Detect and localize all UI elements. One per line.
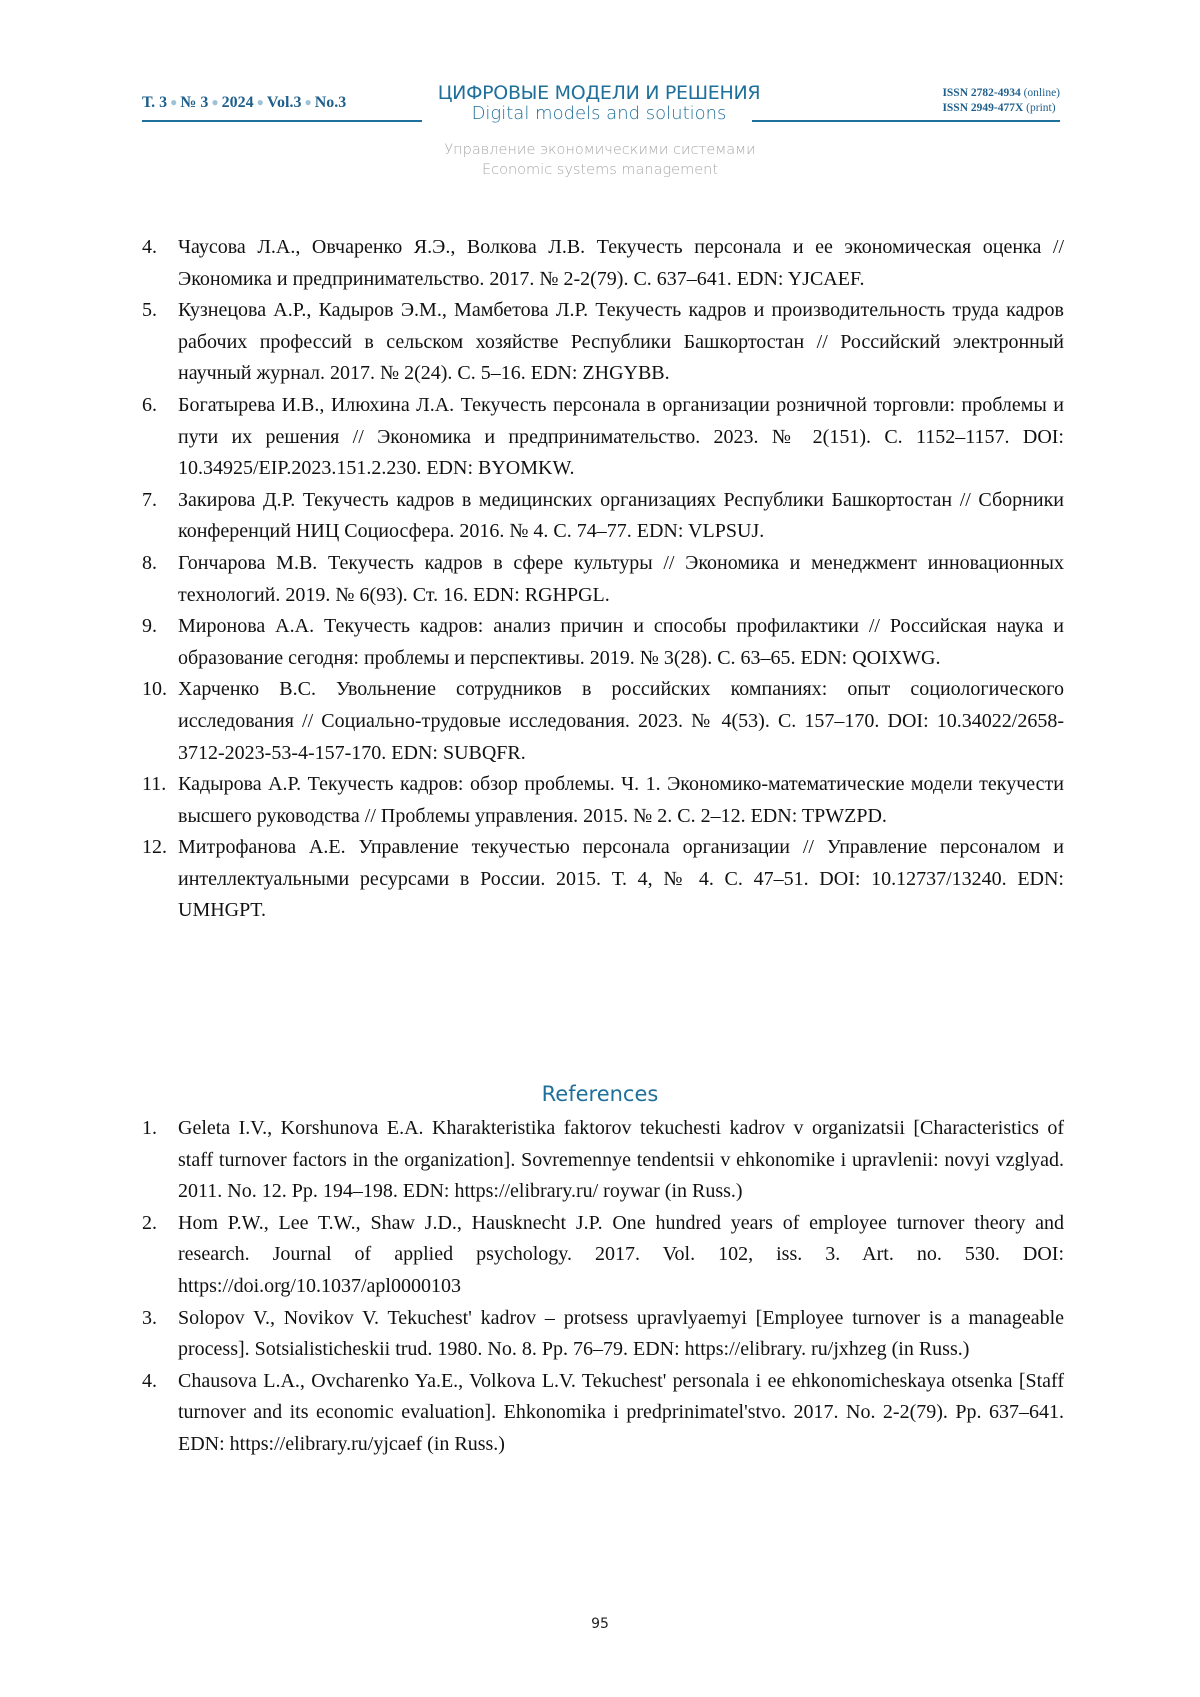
separator-dot-icon: ● — [170, 95, 177, 109]
reference-number: 10. — [142, 674, 178, 769]
reference-number: 4. — [142, 232, 178, 295]
reference-item: 7.Закирова Д.Р. Текучесть кадров в медиц… — [142, 485, 1064, 548]
reference-number: 9. — [142, 611, 178, 674]
reference-text: Гончарова М.В. Текучесть кадров в сфере … — [178, 548, 1064, 611]
reference-number: 8. — [142, 548, 178, 611]
english-reference-list: 1.Geleta I.V., Korshunova E.A. Kharakter… — [142, 1113, 1064, 1461]
reference-item: 6.Богатырева И.В., Илюхина Л.А. Текучест… — [142, 390, 1064, 485]
references-heading: References — [0, 1082, 1200, 1106]
reference-text: Кузнецова А.Р., Кадыров Э.М., Мамбетова … — [178, 295, 1064, 390]
reference-item: 4.Чаусова Л.А., Овчаренко Я.Э., Волкова … — [142, 232, 1064, 295]
issn-block: ISSN 2782-4934 (online) ISSN 2949-477X (… — [942, 86, 1060, 116]
page-header: Т. 3●№ 3●2024●Vol.3●No.3 ЦИФРОВЫЕ МОДЕЛИ… — [142, 82, 1060, 126]
page-number: 95 — [0, 1616, 1200, 1632]
issn-online: ISSN 2782-4934 — [942, 87, 1020, 99]
reference-item: 8.Гончарова М.В. Текучесть кадров в сфер… — [142, 548, 1064, 611]
separator-dot-icon: ● — [257, 95, 264, 109]
section-title: Управление экономическими системами Econ… — [0, 140, 1200, 180]
reference-item: 3.Solopov V., Novikov V. Tekuchest' kadr… — [142, 1303, 1064, 1366]
section-title-ru: Управление экономическими системами — [0, 140, 1200, 160]
reference-number: 2. — [142, 1208, 178, 1303]
reference-text: Закирова Д.Р. Текучесть кадров в медицин… — [178, 485, 1064, 548]
header-rule-left — [142, 120, 422, 122]
volume-ru: Т. 3 — [142, 94, 167, 111]
section-title-en: Economic systems management — [0, 160, 1200, 180]
reference-item: 11.Кадырова А.Р. Текучесть кадров: обзор… — [142, 769, 1064, 832]
issue-ru: № 3 — [180, 94, 208, 111]
reference-item: 2.Hom P.W., Lee T.W., Shaw J.D., Hauskne… — [142, 1208, 1064, 1303]
reference-number: 5. — [142, 295, 178, 390]
separator-dot-icon: ● — [211, 95, 218, 109]
journal-title-ru: ЦИФРОВЫЕ МОДЕЛИ И РЕШЕНИЯ — [414, 82, 784, 104]
reference-number: 6. — [142, 390, 178, 485]
reference-item: 9.Миронова А.А. Текучесть кадров: анализ… — [142, 611, 1064, 674]
separator-dot-icon: ● — [304, 95, 311, 109]
year: 2024 — [222, 94, 254, 111]
reference-item: 1.Geleta I.V., Korshunova E.A. Kharakter… — [142, 1113, 1064, 1208]
journal-title: ЦИФРОВЫЕ МОДЕЛИ И РЕШЕНИЯ Digital models… — [414, 82, 784, 124]
reference-text: Миронова А.А. Текучесть кадров: анализ п… — [178, 611, 1064, 674]
issn-online-suffix: (online) — [1024, 87, 1060, 99]
reference-text: Харченко В.С. Увольнение сотрудников в р… — [178, 674, 1064, 769]
reference-text: Кадырова А.Р. Текучесть кадров: обзор пр… — [178, 769, 1064, 832]
reference-number: 4. — [142, 1366, 178, 1461]
issn-print-suffix: (print) — [1026, 102, 1055, 114]
reference-text: Geleta I.V., Korshunova E.A. Kharakteris… — [178, 1113, 1064, 1208]
reference-item: 10.Харченко В.С. Увольнение сотрудников … — [142, 674, 1064, 769]
journal-title-en: Digital models and solutions — [414, 104, 784, 124]
issn-print: ISSN 2949-477X — [942, 102, 1023, 114]
header-rule-right — [752, 120, 1060, 122]
reference-text: Чаусова Л.А., Овчаренко Я.Э., Волкова Л.… — [178, 232, 1064, 295]
reference-item: 12.Митрофанова А.Е. Управление текучесть… — [142, 832, 1064, 927]
reference-text: Митрофанова А.Е. Управление текучестью п… — [178, 832, 1064, 927]
reference-number: 1. — [142, 1113, 178, 1208]
reference-number: 7. — [142, 485, 178, 548]
issue-info: Т. 3●№ 3●2024●Vol.3●No.3 — [142, 94, 346, 112]
reference-number: 3. — [142, 1303, 178, 1366]
reference-number: 12. — [142, 832, 178, 927]
reference-text: Chausova L.A., Ovcharenko Ya.E., Volkova… — [178, 1366, 1064, 1461]
russian-reference-list: 4.Чаусова Л.А., Овчаренко Я.Э., Волкова … — [142, 232, 1064, 927]
volume-en: Vol.3 — [267, 94, 302, 111]
reference-text: Solopov V., Novikov V. Tekuchest' kadrov… — [178, 1303, 1064, 1366]
issue-en: No.3 — [315, 94, 347, 111]
reference-number: 11. — [142, 769, 178, 832]
reference-item: 4.Chausova L.A., Ovcharenko Ya.E., Volko… — [142, 1366, 1064, 1461]
reference-item: 5.Кузнецова А.Р., Кадыров Э.М., Мамбетов… — [142, 295, 1064, 390]
reference-text: Богатырева И.В., Илюхина Л.А. Текучесть … — [178, 390, 1064, 485]
reference-text: Hom P.W., Lee T.W., Shaw J.D., Hausknech… — [178, 1208, 1064, 1303]
